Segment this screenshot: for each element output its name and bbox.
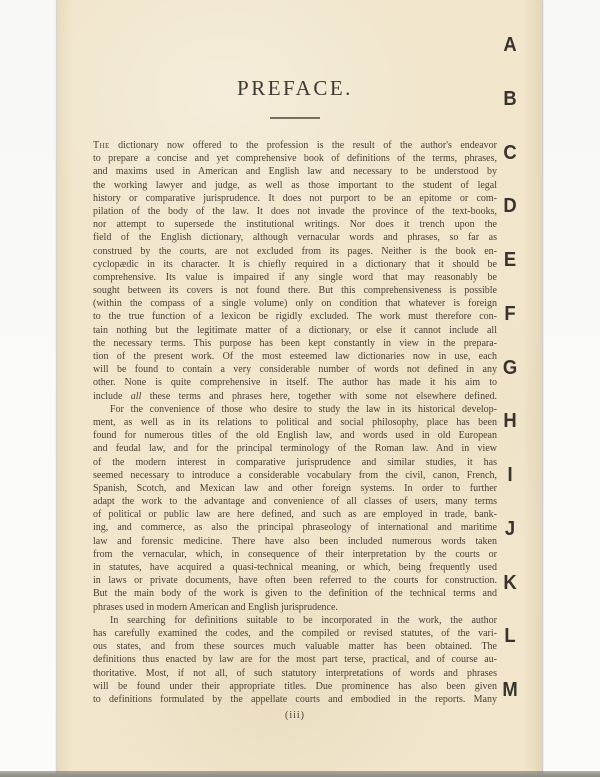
margin-letter-m: M [501,680,519,700]
margin-letter-f: F [501,304,519,324]
margin-letter-g: G [501,358,519,378]
scanner-background: PREFACE. The dictionary now offered to t… [0,0,600,777]
margin-letter-i: I [501,465,519,485]
margin-letter-e: E [501,250,519,270]
margin-letter-a: A [501,35,519,55]
margin-letter-l: L [501,626,519,646]
margin-letter-k: K [501,573,519,593]
scan-edge-strip [0,771,600,777]
margin-letter-j: J [501,519,519,539]
margin-letter-b: B [501,89,519,109]
margin-letter-h: H [501,411,519,431]
margin-letter-c: C [501,143,519,163]
margin-letter-d: D [501,196,519,216]
book-page: PREFACE. The dictionary now offered to t… [57,0,542,777]
margin-letter-column: ABCDEFGHIJKLM [57,0,542,777]
